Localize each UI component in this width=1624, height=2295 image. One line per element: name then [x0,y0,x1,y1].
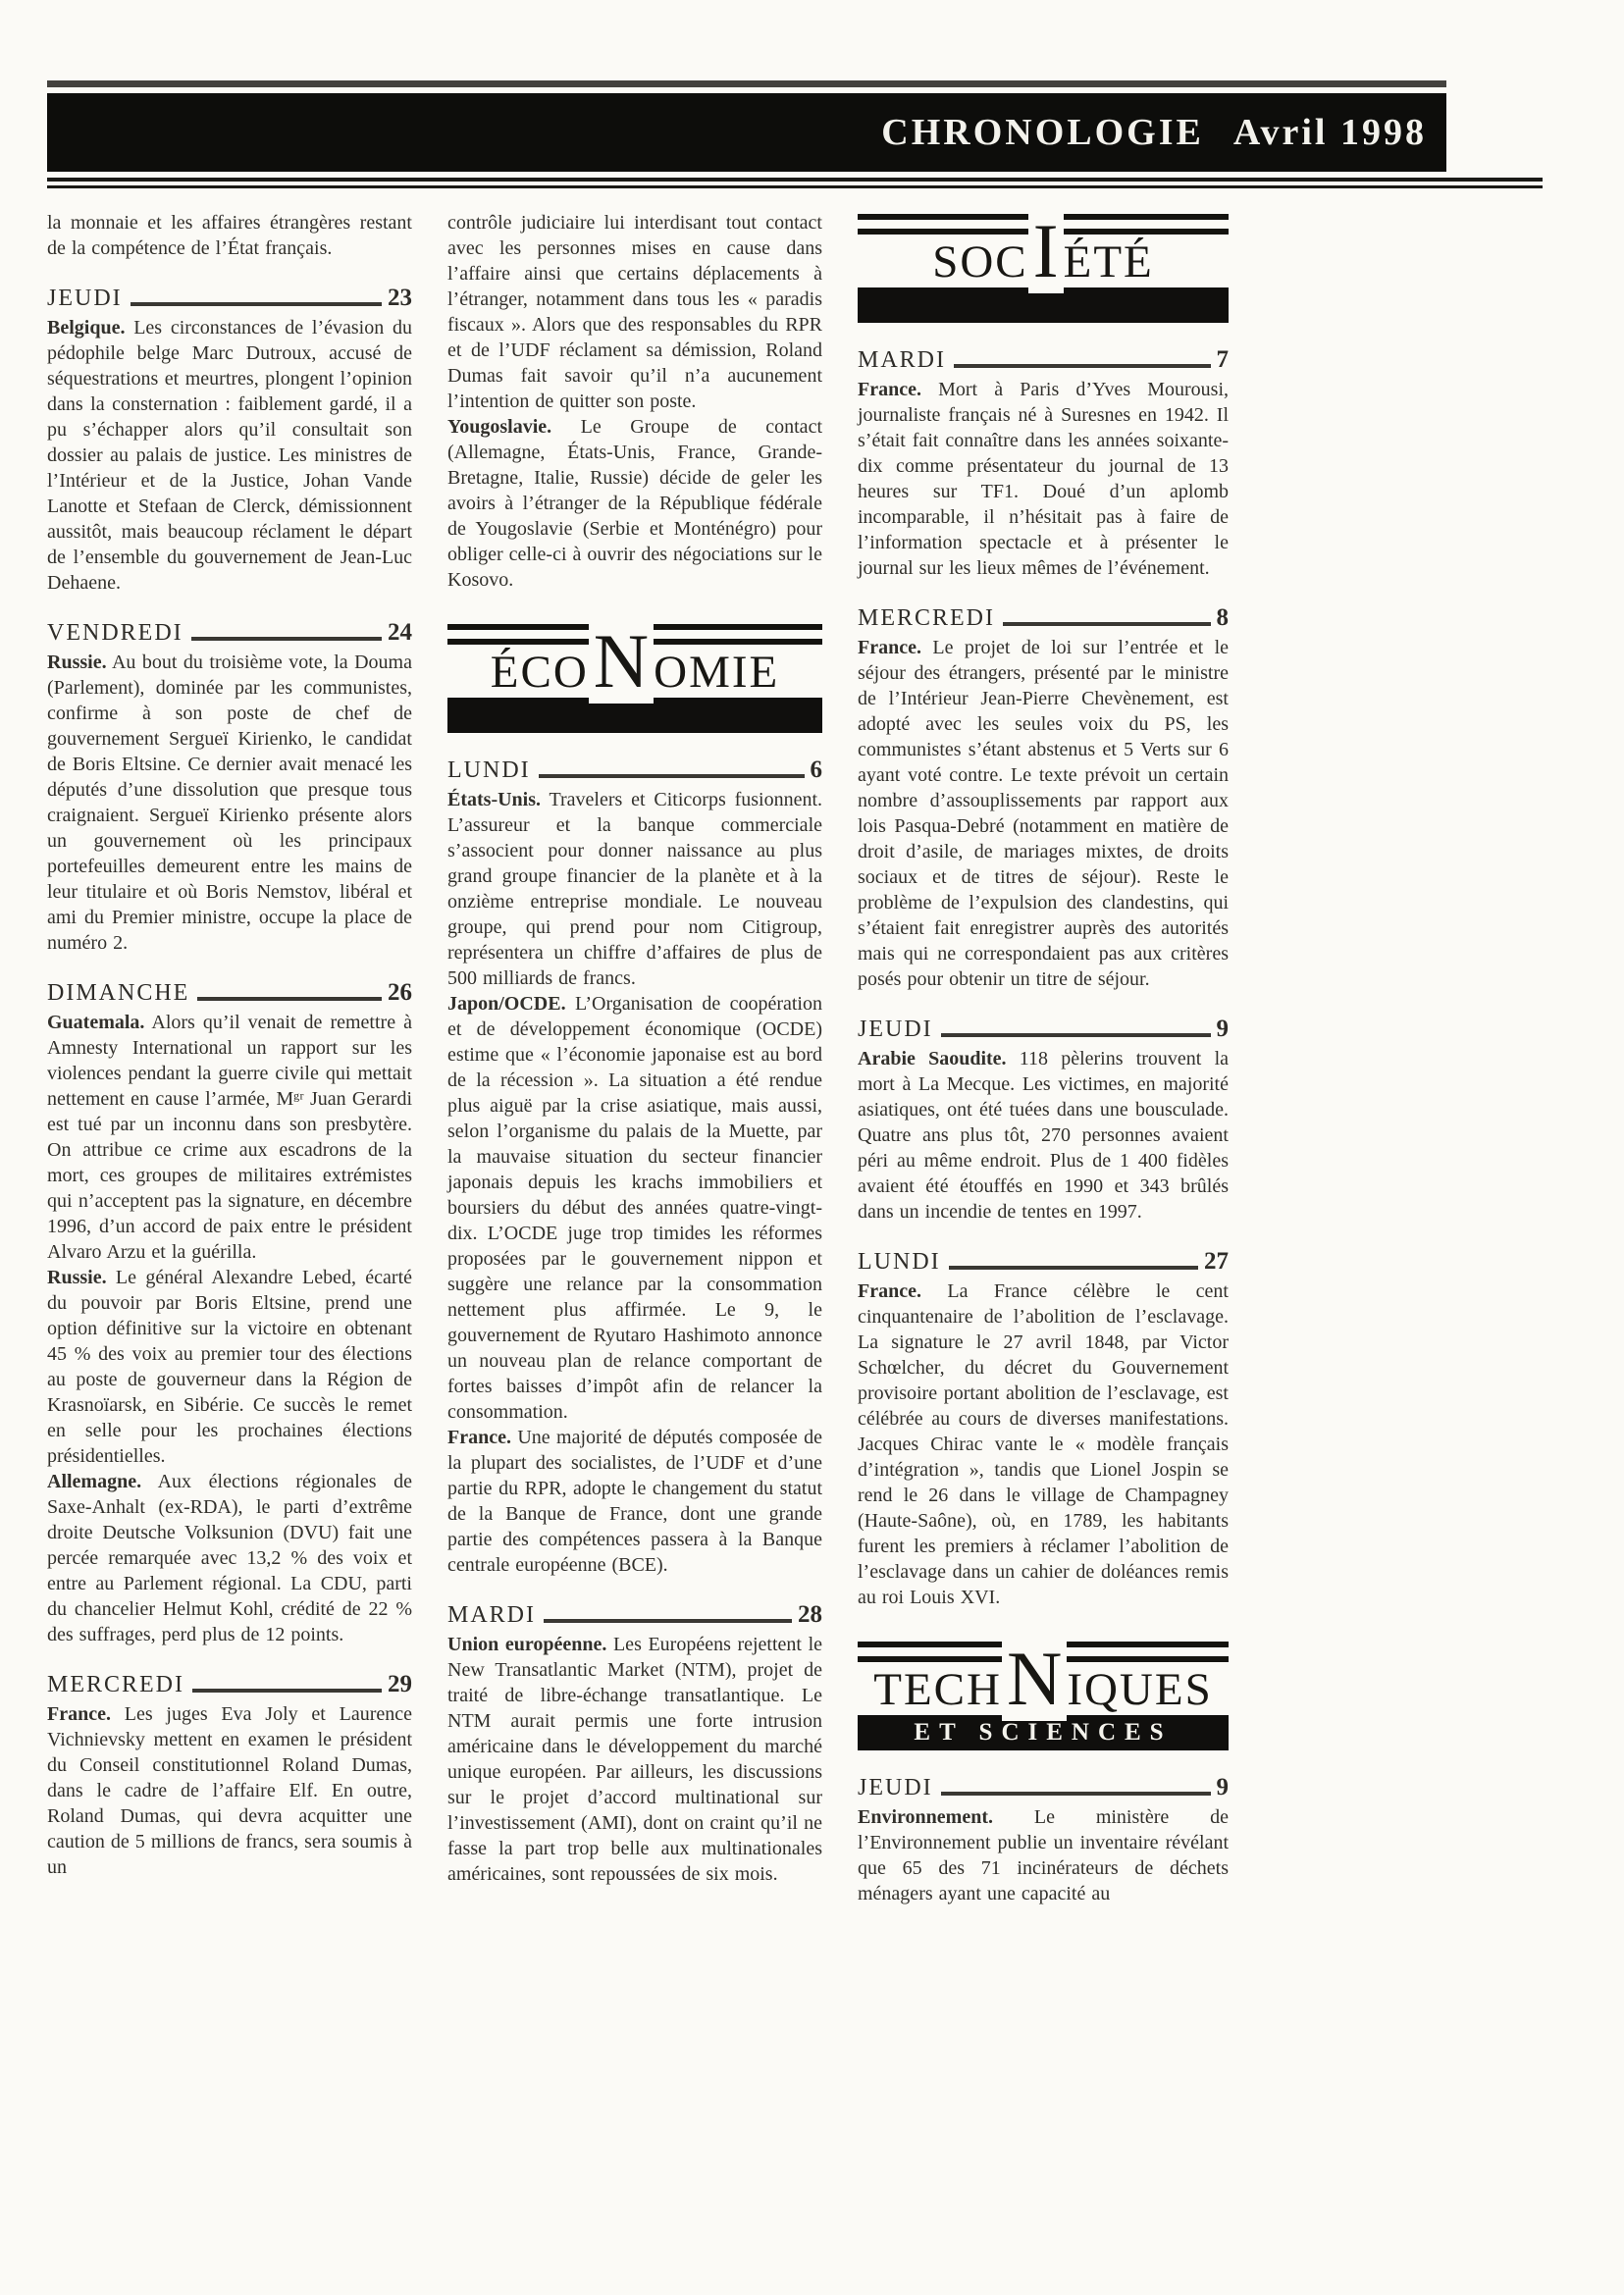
entry-paragraph: la monnaie et les affaires étrangères re… [47,210,412,261]
section-title: ÉCONOMIE [447,633,822,694]
entry-paragraph: Arabie Saoudite. 118 pèlerins trouvent l… [858,1046,1229,1225]
entry-paragraph: France. Les juges Eva Joly et Laurence V… [47,1701,412,1880]
section-subtitle: ET SCIENCES [914,1719,1172,1747]
section-title-initial: I [1028,208,1064,293]
day-name: DIMANCHE [47,980,189,1007]
day-number: 9 [1217,1774,1230,1801]
day-name: MERCREDI [47,1672,184,1698]
section-banner: TECHNIQUESET SCIENCES [858,1642,1229,1750]
entry-paragraph: France. Une majorité de députés composée… [447,1425,822,1578]
header-underline-2 [47,185,1543,188]
day-number: 29 [388,1671,412,1698]
entry-lead: France. [447,1427,511,1448]
column-2: contrôle judiciaire lui interdisant tout… [447,210,822,1906]
section-title-pre: TECH [873,1664,1002,1715]
entry-text: La France célèbre le cent cinquantenaire… [858,1280,1229,1608]
entry-lead: Japon/OCDE. [447,993,566,1015]
entry-paragraph: États-Unis. Travelers et Citicorps fusio… [447,787,822,991]
day-number: 24 [388,619,412,647]
section-banner: SOCIÉTÉ [858,214,1229,323]
entry-text: Le Groupe de contact (Allemagne, États-U… [447,416,822,591]
day-number: 6 [811,756,823,784]
entry-text: Au bout du troisième vote, la Douma (Par… [47,652,412,954]
day-name: VENDREDI [47,620,183,647]
entry-lead: Union européenne. [447,1634,606,1655]
day-number: 26 [388,979,412,1007]
section-title-post: OMIE [654,647,779,698]
page-title: CHRONOLOGIE [881,111,1204,154]
day-header: JEUDI9 [858,1774,1229,1801]
day-name: JEUDI [858,1775,933,1801]
day-rule [954,364,1210,368]
day-rule [539,774,805,778]
entry-lead: France. [858,1280,921,1302]
entry-lead: Guatemala. [47,1012,144,1033]
entry-text: Le général Alexandre Lebed, écarté du po… [47,1267,412,1467]
day-name: LUNDI [447,757,531,784]
entry-lead: Russie. [47,652,107,673]
column-3: SOCIÉTÉMARDI7France. Mort à Paris d’Yves… [858,210,1229,1906]
day-header: LUNDI6 [447,756,822,784]
day-number: 23 [388,285,412,312]
section-title: SOCIÉTÉ [858,223,1229,284]
day-header: MERCREDI29 [47,1671,412,1698]
section-title-initial: N [1002,1636,1067,1721]
entry-paragraph: Allemagne. Aux élections régionales de S… [47,1469,412,1647]
entry-text: Aux élections régionales de Saxe-Anhalt … [47,1471,412,1645]
entry-text: Une majorité de députés composée de la p… [447,1427,822,1576]
day-name: JEUDI [858,1017,933,1043]
entry-text: Alors qu’il venait de remettre à Amnesty… [47,1012,412,1263]
section-title: TECHNIQUES [858,1650,1229,1711]
entry-paragraph: France. Mort à Paris d’Yves Mourousi, jo… [858,377,1229,581]
day-rule [949,1266,1198,1270]
entry-text: 118 pèlerins trouvent la mort à La Mecqu… [858,1048,1229,1223]
entry-paragraph: France. Le projet de loi sur l’entrée et… [858,635,1229,992]
entry-paragraph: Russie. Le général Alexandre Lebed, écar… [47,1265,412,1469]
entry-lead: France. [858,379,921,400]
day-header: VENDREDI24 [47,619,412,647]
entry-lead: Yougoslavie. [447,416,551,438]
entry-paragraph: contrôle judiciaire lui interdisant tout… [447,210,822,414]
day-header: MARDI28 [447,1601,822,1629]
entry-paragraph: Belgique. Les circonstances de l’évasion… [47,315,412,596]
header-top-rule [47,80,1446,87]
entry-text: Les circonstances de l’évasion du pédoph… [47,317,412,594]
entry-paragraph: Russie. Au bout du troisième vote, la Do… [47,650,412,956]
column-1: la monnaie et les affaires étrangères re… [47,210,412,1906]
day-header: LUNDI27 [858,1248,1229,1276]
day-number: 8 [1217,604,1230,632]
day-number: 7 [1217,346,1230,374]
entry-paragraph: Yougoslavie. Le Groupe de contact (Allem… [447,414,822,593]
section-title-initial: N [589,618,654,704]
entry-lead: Belgique. [47,317,125,339]
scanned-chronology-page: CHRONOLOGIE Avril 1998 la monnaie et les… [0,0,1624,2295]
day-header: DIMANCHE26 [47,979,412,1007]
entry-text: L’Organisation de coopération et de déve… [447,993,822,1423]
day-rule [941,1792,1211,1796]
entry-lead: États-Unis. [447,789,541,810]
day-name: MARDI [858,347,946,374]
day-rule [544,1619,792,1623]
entry-lead: France. [858,637,921,658]
day-header: MERCREDI8 [858,604,1229,632]
entry-paragraph: Environnement. Le ministère de l’Environ… [858,1804,1229,1906]
day-name: MARDI [447,1602,536,1629]
section-title-post: IQUES [1067,1664,1212,1715]
day-rule [131,302,382,306]
entry-text: Mort à Paris d’Yves Mourousi, journalist… [858,379,1229,579]
entry-text: contrôle judiciaire lui interdisant tout… [447,212,822,412]
day-rule [1003,622,1210,626]
entry-text: la monnaie et les affaires étrangères re… [47,212,412,259]
day-rule [192,1689,382,1693]
section-title-pre: ÉCO [491,647,589,698]
entry-lead: Environnement. [858,1806,993,1828]
day-name: JEUDI [47,286,123,312]
entry-text: Le projet de loi sur l’entrée et le séjo… [858,637,1229,990]
entry-text: Les juges Eva Joly et Laurence Vichnievs… [47,1703,412,1878]
day-header: MARDI7 [858,346,1229,374]
page-header-banner: CHRONOLOGIE Avril 1998 [47,93,1446,172]
day-name: LUNDI [858,1249,941,1276]
entry-paragraph: Guatemala. Alors qu’il venait de remettr… [47,1010,412,1265]
entry-paragraph: Japon/OCDE. L’Organisation de coopératio… [447,991,822,1425]
header-underline-1 [47,178,1543,182]
entry-lead: Allemagne. [47,1471,141,1492]
entry-paragraph: France. La France célèbre le cent cinqua… [858,1278,1229,1610]
day-rule [191,637,382,641]
entry-text: Les Européens rejettent le New Transatla… [447,1634,822,1885]
entry-text: Travelers et Citicorps fusionnent. L’ass… [447,789,822,989]
entry-lead: Russie. [47,1267,107,1288]
entry-paragraph: Union européenne. Les Européens rejetten… [447,1632,822,1887]
section-banner: ÉCONOMIE [447,624,822,733]
section-title-pre: SOC [932,236,1027,287]
day-rule [197,997,382,1001]
entry-lead: Arabie Saoudite. [858,1048,1007,1069]
day-number: 27 [1204,1248,1229,1276]
page-date: Avril 1998 [1233,111,1427,154]
entry-lead: France. [47,1703,111,1725]
text-columns: la monnaie et les affaires étrangères re… [47,210,1229,1906]
day-header: JEUDI23 [47,285,412,312]
day-number: 9 [1217,1016,1230,1043]
day-header: JEUDI9 [858,1016,1229,1043]
day-name: MERCREDI [858,605,995,632]
day-number: 28 [798,1601,822,1629]
section-title-post: ÉTÉ [1064,236,1154,287]
day-rule [941,1033,1211,1037]
